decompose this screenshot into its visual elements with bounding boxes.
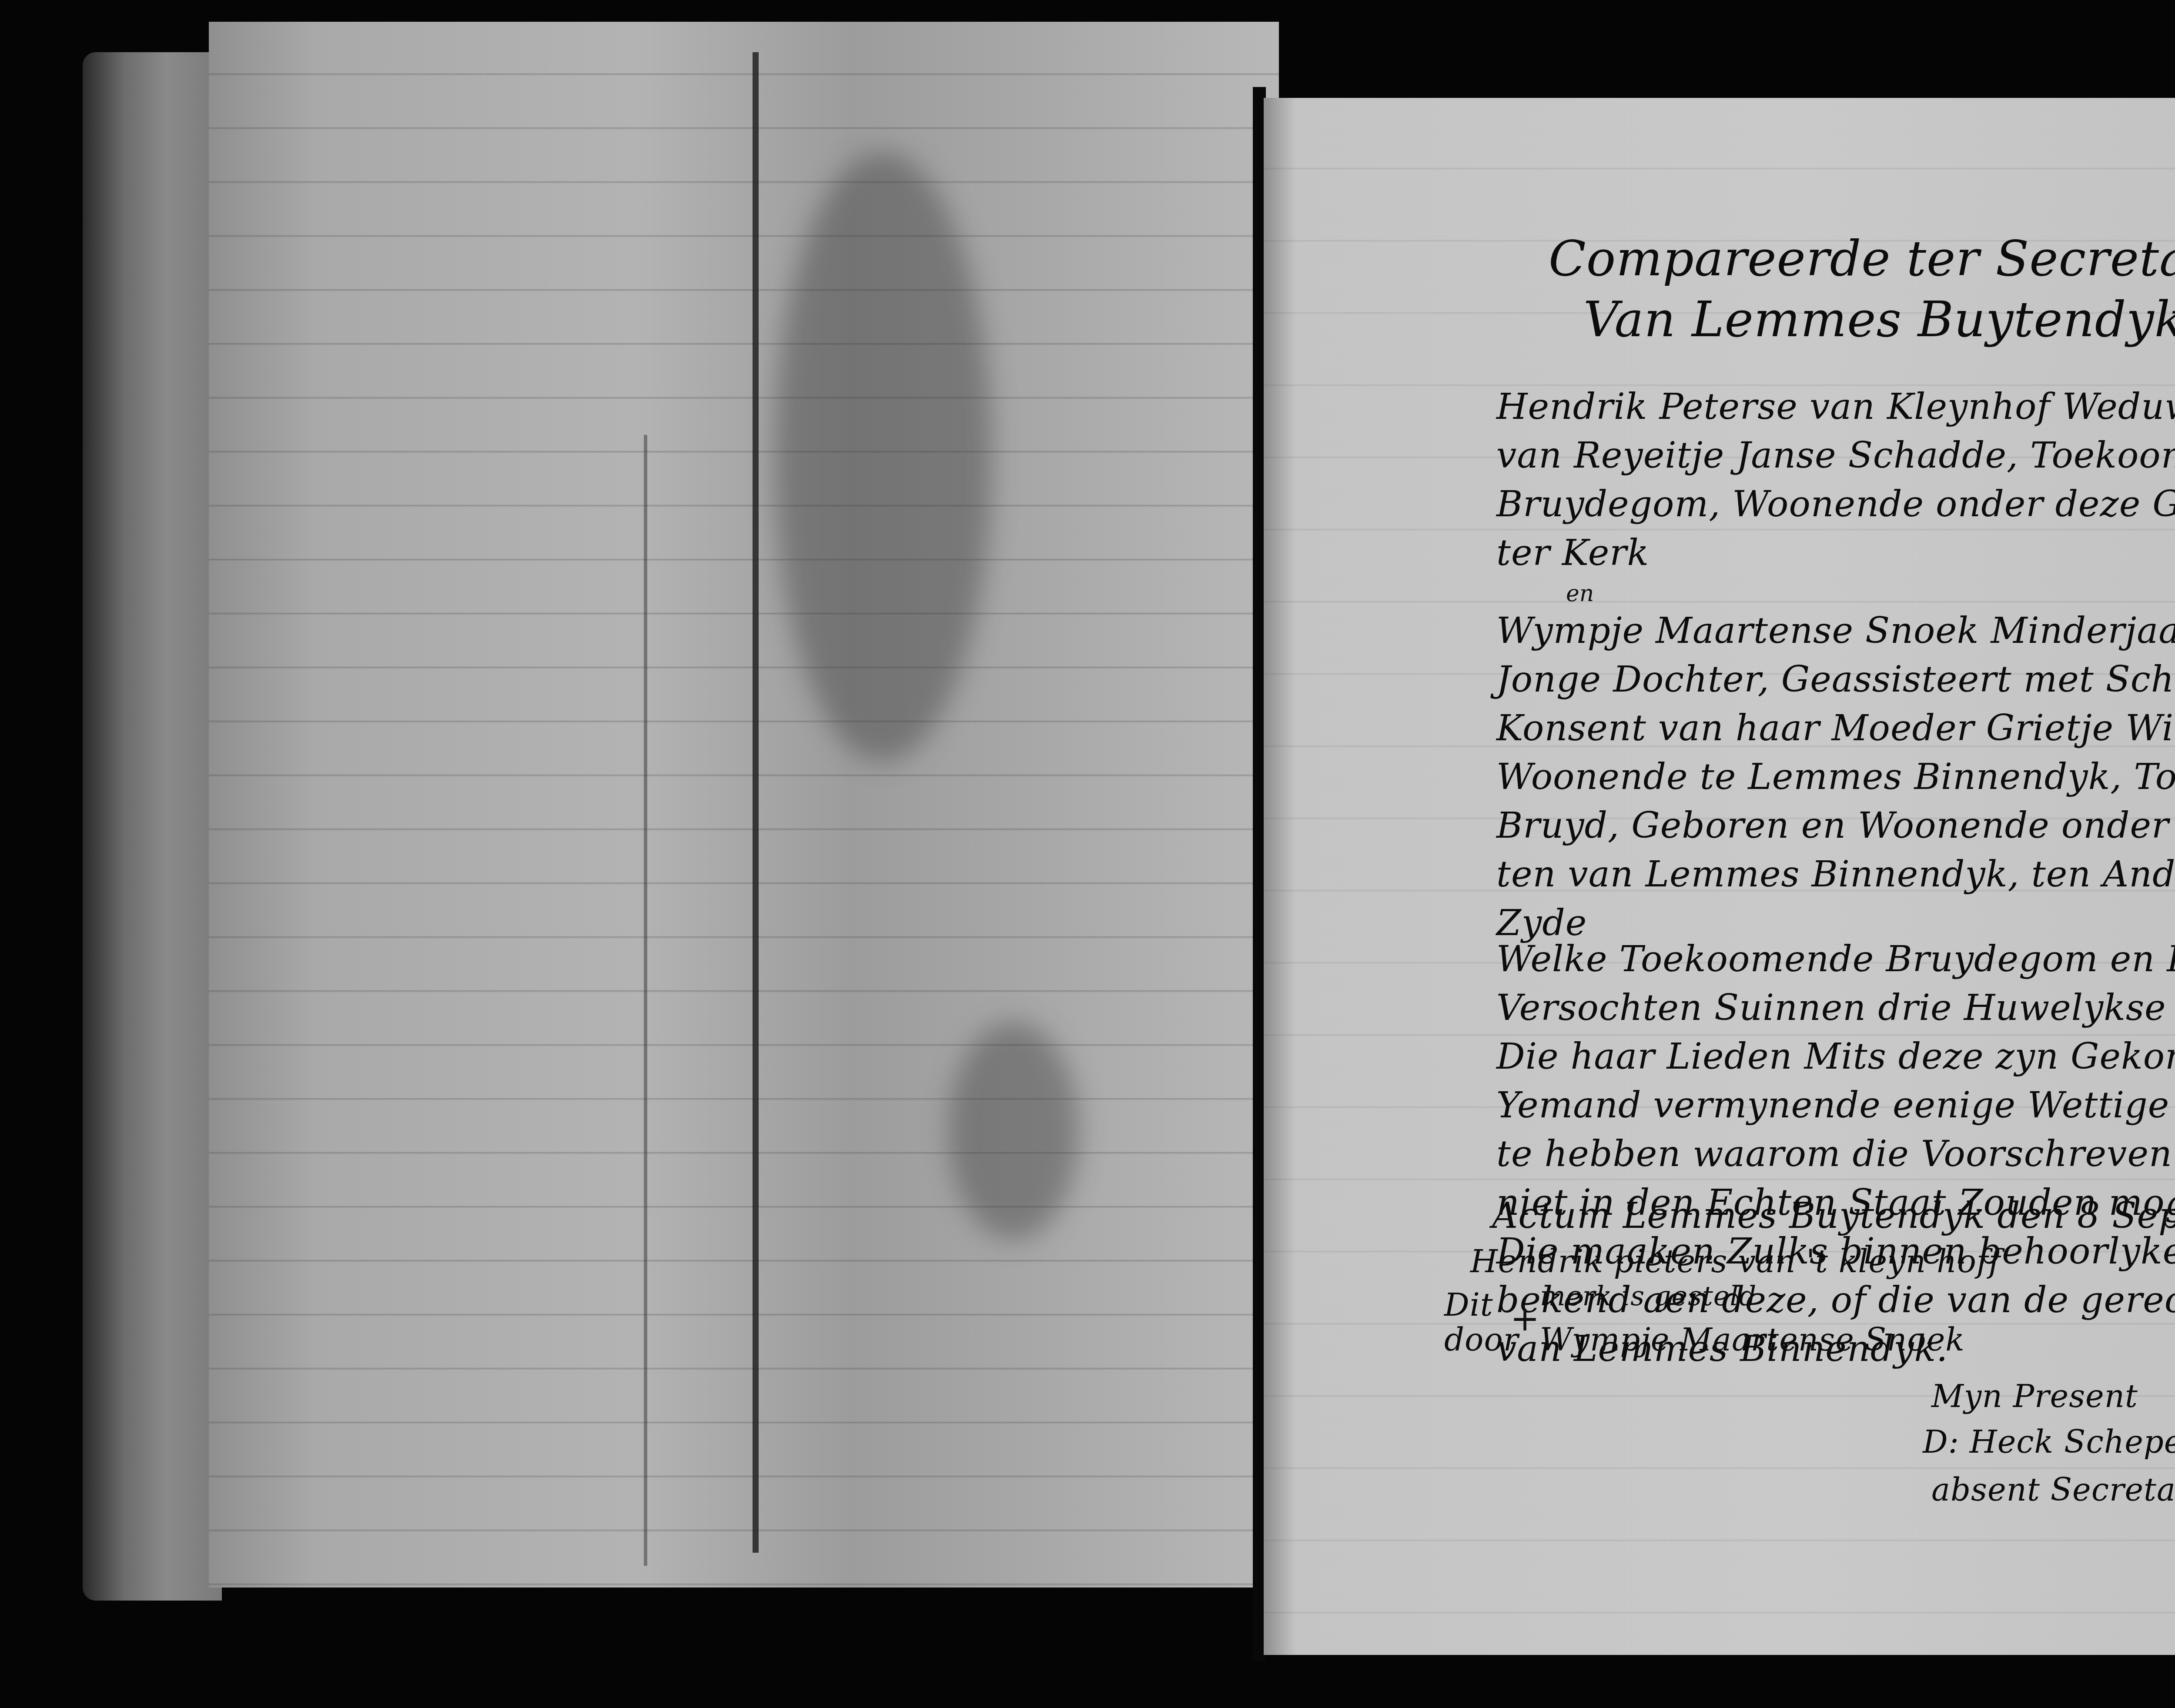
text-line: Bruydegom, Woonende onder deze Gerechte — [1496, 480, 2175, 529]
text-line: Konsent van haar Moeder Grietje Willemse — [1496, 704, 2175, 753]
bride-signature: Wympje Maartense Snoek — [1540, 1318, 1965, 1361]
text-line: Woonende te Lemmes Binnendyk, Toekoomend… — [1496, 753, 2175, 802]
heading-line-2: Van Lemmes Buytendyk — [1583, 287, 2175, 352]
left-page-edge-stack — [83, 52, 222, 1601]
text-line: Versochten Suinnen drie Huwelykse Procla… — [1496, 984, 2175, 1033]
text-line: te hebben waarom die Voorschreven Persoo… — [1496, 1130, 2175, 1179]
page-fold-line — [753, 52, 759, 1553]
text-line: Wympje Maartense Snoek Minderjaarige — [1496, 607, 2175, 655]
mark-prefix-door: door — [1444, 1318, 1519, 1361]
text-line: van Reyeitje Janse Schadde, Toekoomende — [1496, 431, 2175, 480]
officials-line-3: absent Secretaris — [1931, 1468, 2175, 1511]
left-page-blank — [209, 22, 1279, 1588]
conjunction-en: en — [1566, 581, 1594, 607]
page-fold-line — [644, 435, 647, 1566]
text-line: ten van Lemmes Binnendyk, ten Anderen — [1496, 850, 2175, 899]
text-line: ter Kerk — [1496, 529, 2175, 578]
paper-stain — [774, 152, 992, 761]
officials-line-1: Myn Present — [1931, 1374, 2138, 1418]
groom-paragraph: Hendrik Peterse van Kleynhof Weduwnaar v… — [1496, 383, 2175, 578]
paper-stain — [948, 1022, 1079, 1240]
text-line: Welke Toekoomende Bruydegom en Bruyd — [1496, 935, 2175, 984]
text-line: Hendrik Peterse van Kleynhof Weduwnaar — [1496, 383, 2175, 431]
actum-line: Actum Lemmes Buytendyk den 8 September 1… — [1492, 1192, 2175, 1240]
officials-line-2: D: Heck Schepen — [1923, 1420, 2175, 1464]
text-line: Bruyd, Geboren en Woonende onder de Gere… — [1496, 802, 2175, 850]
text-line: Die haar Lieden Mits deze zyn Gekonsente… — [1496, 1033, 2175, 1081]
heading-line-1: Compareerde ter Secretary — [1549, 226, 2175, 291]
text-line: Jonge Dochter, Geassisteert met Schrifte… — [1496, 655, 2175, 704]
bride-paragraph: Wympje Maartense Snoek Minderjaarige Jon… — [1496, 607, 2175, 948]
text-line: Yemand vermynende eenige Wettige Redenen — [1496, 1081, 2175, 1130]
actum-text: Actum Lemmes Buytendyk den 8 September — [1492, 1195, 2175, 1237]
bride-cross-mark: + — [1510, 1298, 1539, 1339]
mark-statement: merk is gesteld — [1540, 1274, 1757, 1318]
